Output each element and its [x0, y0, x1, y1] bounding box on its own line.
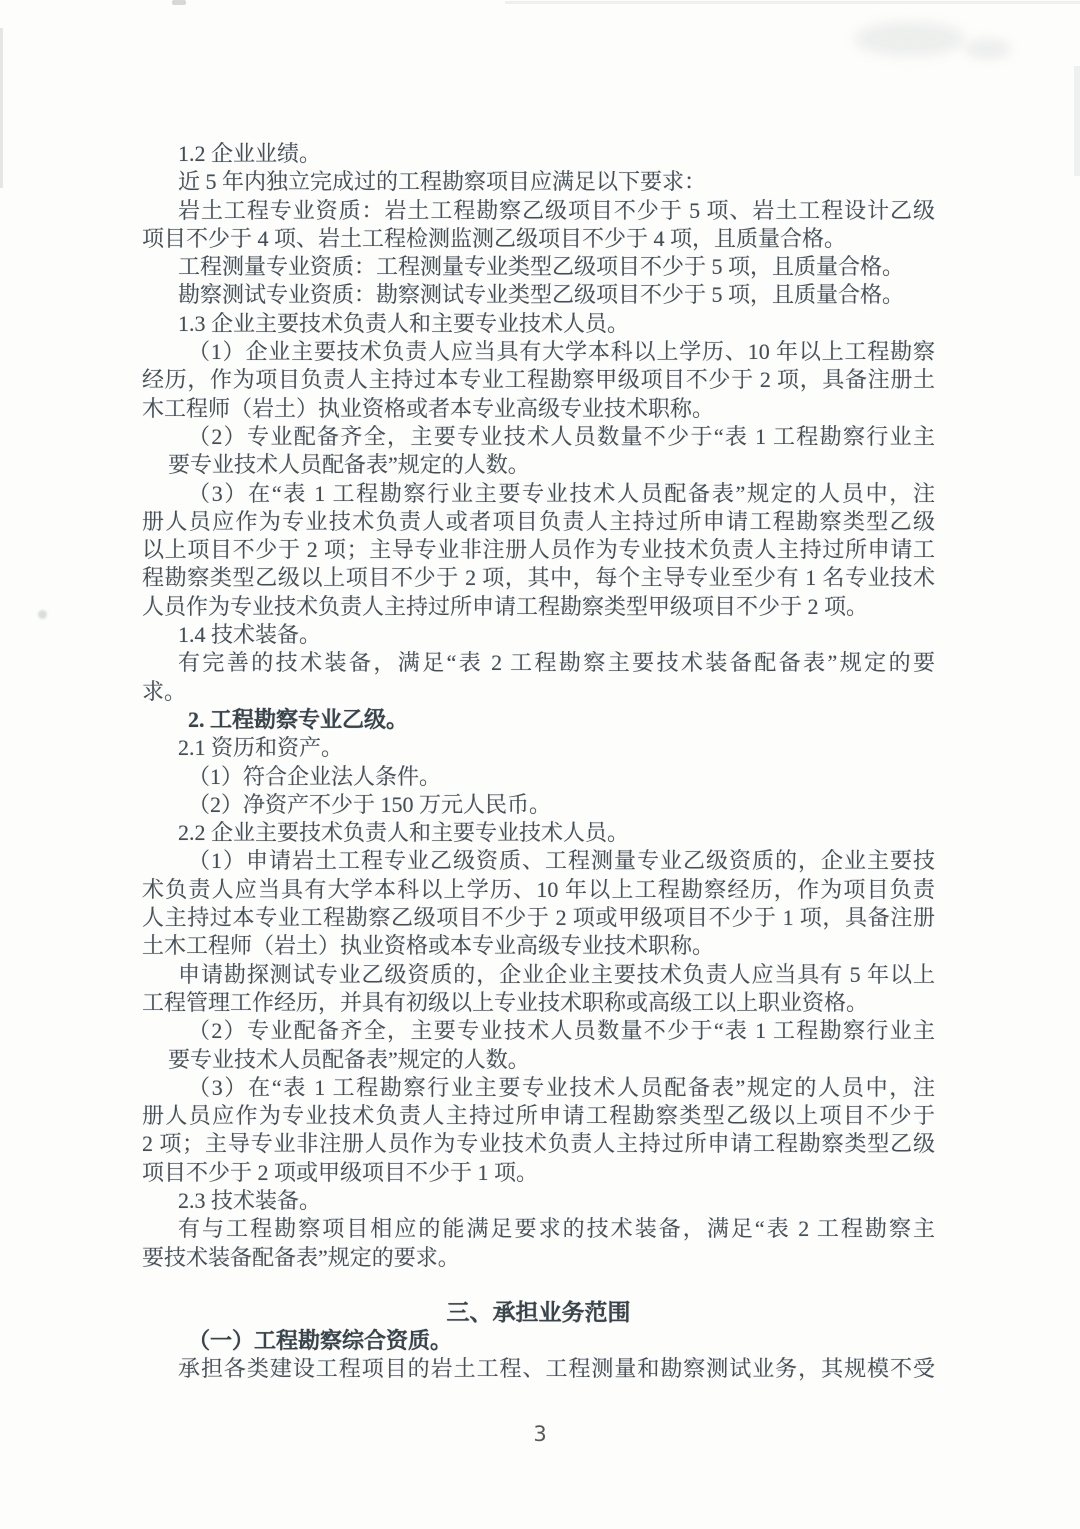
- doc-line: 求。: [142, 678, 935, 706]
- doc-line: 申请勘探测试专业乙级资质的，企业企业主要技术负责人应当具有 5 年以上: [142, 961, 935, 989]
- scan-artifact: [1074, 66, 1080, 176]
- document-text-block: 1.2 企业业绩。 近 5 年内独立完成过的工程勘察项目应满足以下要求： 岩土工…: [142, 140, 935, 1384]
- doc-line: 册人员应作为专业技术负责人主持过所申请工程勘察类型乙级以上项目不少于: [142, 1102, 935, 1130]
- doc-line: （1）企业主要技术负责人应当具有大学本科以上学历、10 年以上工程勘察: [142, 338, 935, 366]
- doc-line: 项目不少于 2 项或甲级项目不少于 1 项。: [142, 1159, 935, 1187]
- doc-line: 要技术装备配备表”规定的要求。: [142, 1244, 935, 1272]
- doc-line: 工程测量专业资质：工程测量专业类型乙级项目不少于 5 项，且质量合格。: [142, 253, 935, 281]
- doc-line: 有完善的技术装备，满足“表 2 工程勘察主要技术装备配备表”规定的要: [142, 649, 935, 677]
- scan-artifact: [0, 28, 3, 188]
- doc-line: 项目不少于 4 项、岩土工程检测监测乙级项目不少于 4 项，且质量合格。: [142, 225, 935, 253]
- scan-artifact: [965, 38, 1011, 60]
- page-number: 3: [0, 1422, 1080, 1446]
- doc-line: 土木工程师（岩土）执业资格或本专业高级专业技术职称。: [142, 932, 935, 960]
- doc-line: 1.2 企业业绩。: [142, 140, 935, 168]
- doc-line: 工程管理工作经历，并具有初级以上专业技术职称或高级工以上职业资格。: [142, 989, 935, 1017]
- doc-line: （1）申请岩土工程专业乙级资质、工程测量专业乙级资质的，企业主要技: [142, 847, 935, 875]
- doc-line: 2 项；主导专业非注册人员作为专业技术负责人主持过所申请工程勘察类型乙级: [142, 1130, 935, 1158]
- doc-line: 册人员应作为专业技术负责人或者项目负责人主持过所申请工程勘察类型乙级: [142, 508, 935, 536]
- doc-line: 2.2 企业主要技术负责人和主要专业技术人员。: [142, 819, 935, 847]
- doc-line: 1.4 技术装备。: [142, 621, 935, 649]
- doc-line: （2）专业配备齐全，主要专业技术人员数量不少于“表 1 工程勘察行业主: [142, 1017, 935, 1045]
- doc-line: 以上项目不少于 2 项；主导专业非注册人员作为专业技术负责人主持过所申请工: [142, 536, 935, 564]
- doc-line: 经历，作为项目负责人主持过本专业工程勘察甲级项目不少于 2 项，具备注册土: [142, 366, 935, 394]
- doc-line: 2.1 资历和资产。: [142, 734, 935, 762]
- doc-line: 术负责人应当具有大学本科以上学历、10 年以上工程勘察经历，作为项目负责: [142, 876, 935, 904]
- doc-line: （2）净资产不少于 150 万元人民币。: [142, 791, 935, 819]
- doc-line: （3）在“表 1 工程勘察行业主要专业技术人员配备表”规定的人员中，注: [142, 1074, 935, 1102]
- doc-line: （3）在“表 1 工程勘察行业主要专业技术人员配备表”规定的人员中，注: [142, 480, 935, 508]
- doc-line: （2）专业配备齐全，主要专业技术人员数量不少于“表 1 工程勘察行业主: [142, 423, 935, 451]
- doc-line: 勘察测试专业资质：勘察测试专业类型乙级项目不少于 5 项，且质量合格。: [142, 281, 935, 309]
- subsection-heading: （一）工程勘察综合资质。: [142, 1327, 935, 1355]
- scan-artifact: [505, 1, 1080, 4]
- scan-artifact: [855, 22, 965, 56]
- document-page: { "page": { "number": "3", "background":…: [0, 0, 1080, 1529]
- doc-line: 要专业技术人员配备表”规定的人数。: [142, 451, 935, 479]
- doc-line: 人员作为专业技术负责人主持过所申请工程勘察类型甲级项目不少于 2 项。: [142, 593, 935, 621]
- doc-line: 木工程师（岩土）执业资格或者本专业高级专业技术职称。: [142, 395, 935, 423]
- doc-line: 1.3 企业主要技术负责人和主要专业技术人员。: [142, 310, 935, 338]
- subsection-heading: 2. 工程勘察专业乙级。: [142, 706, 935, 734]
- section-heading: 三、承担业务范围: [142, 1299, 935, 1327]
- doc-line: 要专业技术人员配备表”规定的人数。: [142, 1046, 935, 1074]
- doc-line: 有与工程勘察项目相应的能满足要求的技术装备，满足“表 2 工程勘察主: [142, 1215, 935, 1243]
- doc-line: 岩土工程专业资质：岩土工程勘察乙级项目不少于 5 项、岩土工程设计乙级: [142, 197, 935, 225]
- doc-line: 人主持过本专业工程勘察乙级项目不少于 2 项或甲级项目不少于 1 项，具备注册: [142, 904, 935, 932]
- doc-line: （1）符合企业法人条件。: [142, 763, 935, 791]
- doc-line: 近 5 年内独立完成过的工程勘察项目应满足以下要求：: [142, 168, 935, 196]
- doc-line: 承担各类建设工程项目的岩土工程、工程测量和勘察测试业务，其规模不受: [142, 1355, 935, 1383]
- doc-line: 2.3 技术装备。: [142, 1187, 935, 1215]
- scan-artifact: [38, 610, 47, 619]
- doc-line: 程勘察类型乙级以上项目不少于 2 项，其中，每个主导专业至少有 1 名专业技术: [142, 564, 935, 592]
- scan-artifact: [172, 0, 186, 5]
